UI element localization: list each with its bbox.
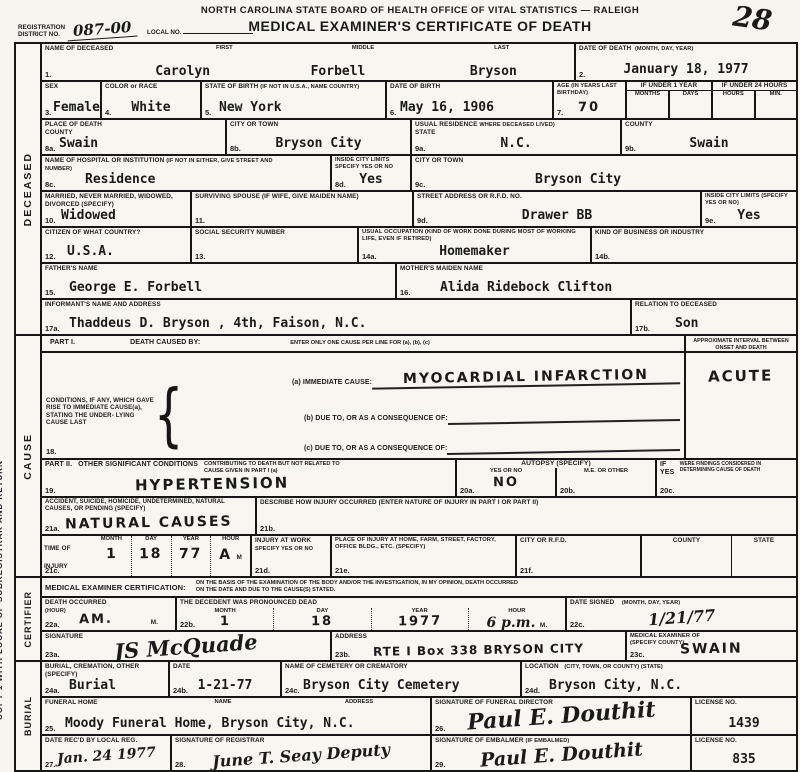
toi-year: YEAR77 — [171, 536, 211, 576]
field-injury-city: CITY OR R.F.D. 21f. — [517, 536, 642, 576]
field-burial-type: BURIAL, CREMATION, OTHER (SPECIFY) Buria… — [42, 662, 170, 696]
local-no-label: LOCAL NO. — [147, 29, 182, 36]
field-number: 1. — [45, 70, 51, 79]
field-funeral-home: FUNERAL HOME NAME ADDRESS Moody Funeral … — [42, 698, 432, 734]
field-manner-of-death: ACCIDENT, SUICIDE, HOMICIDE, UNDETERMINE… — [42, 498, 257, 534]
section-deceased: DECEASED — [16, 44, 40, 336]
field-relation-to-deceased: RELATION TO DECEASED Son 17b. — [632, 300, 796, 334]
part1-label: PART I. — [50, 339, 75, 347]
field-cemetery-name: NAME OF CEMETERY OR CREMATORY Bryson Cit… — [282, 662, 522, 696]
due-to-c-value — [447, 449, 680, 455]
due-to-b-value — [448, 419, 680, 425]
due-to-c-line: (c) DUE TO, OR AS A CONSEQUENCE OF: — [304, 445, 680, 453]
brace-glyph: { — [154, 380, 183, 449]
field-place-of-death-city: CITY OR TOWN Bryson City 8b. — [227, 120, 412, 154]
field-injury-at-work: INJURY AT WORKSPECIFY YES OR NO 21d. — [252, 536, 332, 576]
pronounced-hour: HOUR6 p.m. M. — [468, 608, 565, 630]
part2-other-conditions: PART II. OTHER SIGNIFICANT CONDITIONS CO… — [42, 460, 457, 496]
under1yr-months: MONTHS — [627, 91, 668, 118]
reg-district-value: 087-00 — [66, 19, 137, 41]
registrar-signature-value: June T. Seay Deputy — [211, 739, 390, 770]
field-place-of-injury: PLACE OF INJURY AT HOME, FARM, STREET, F… — [332, 536, 517, 576]
field-marital-status: MARRIED, NEVER MARRIED, WIDOWED, DIVORCE… — [42, 192, 192, 226]
field-street-address: STREET ADDRESS OR R.F.D. NO. Drawer BB 9… — [414, 192, 702, 226]
pronounced-day: DAY18 — [273, 608, 370, 630]
field-how-injury-occurred: DESCRIBE HOW INJURY OCCURRED (ENTER NATU… — [257, 498, 796, 534]
section-certifier: CERTIFIER — [16, 578, 40, 662]
field-funeral-director-signature: SIGNATURE OF FUNERAL DIRECTOR Paul E. Do… — [432, 698, 692, 734]
manner-value: NATURAL CAUSES — [65, 514, 233, 533]
field-value: January 18, 1977 — [623, 62, 748, 77]
date-received-value: Jan. 24 1977 — [56, 745, 156, 768]
field-color-or-race: COLOR or RACE White 4. — [102, 82, 202, 118]
certificate-number-handwritten: 28 — [731, 0, 774, 38]
field-residence-state: USUAL RESIDENCE WHERE DECEASED LIVED)STA… — [412, 120, 622, 154]
field-name-of-deceased: NAME OF DECEASED FIRST MIDDLE LAST Carol… — [42, 44, 576, 80]
autopsy-me-or-other: M.E. OR OTHER 20b. — [555, 468, 655, 496]
field-social-security-number: SOCIAL SECURITY NUMBER 13. — [192, 228, 359, 262]
field-me-signature: SIGNATURE JS McQuade 23a. — [42, 632, 332, 660]
field-residence-city: CITY OR TOWN Bryson City 9c. — [412, 156, 796, 190]
field-medical-examiner-of: MEDICAL EXAMINER OF(SPECIFY COUNTY) SWAI… — [627, 632, 796, 660]
date-signed-value: 1/21/77 — [647, 606, 716, 630]
field-sex: SEX Female 3. — [42, 82, 102, 118]
field-director-license: LICENSE NO. 1439 — [692, 698, 796, 734]
name-first: Carolyn — [105, 64, 260, 79]
immediate-cause-line: (a) IMMEDIATE CAUSE: MYOCARDIAL INFARCTI… — [292, 369, 680, 387]
field-place-of-death-county: PLACE OF DEATHCOUNTY Swain 8a. — [42, 120, 227, 154]
field-time-of-injury: TIME OF INJURY 21c. MONTH1 DAY18 YEAR77 … — [42, 536, 252, 576]
field-date-of-birth: DATE OF BIRTH May 16, 1906 6. — [387, 82, 554, 118]
name-middle: Forbell — [260, 64, 415, 79]
field-res-inside-city-limits: INSIDE CITY LIMITS (SPECIFY YES OR NO) Y… — [702, 192, 796, 226]
toi-hour: HOURA M — [210, 536, 250, 576]
interval-value: ACUTE — [708, 366, 774, 385]
field-me-address: ADDRESS RTE I Box 338 BRYSON CITY 23b. — [332, 632, 627, 660]
field-embalmer-signature: SIGNATURE OF EMBALMER (IF EMBALMED) Paul… — [432, 736, 692, 770]
field-injury-county: COUNTY — [642, 536, 732, 576]
me-signature-value: JS McQuade — [113, 632, 258, 660]
field-date-of-death: DATE OF DEATH (MONTH, DAY, YEAR) January… — [576, 44, 796, 80]
me-address-value: RTE I Box 338 BRYSON CITY — [373, 641, 584, 659]
certification-statement: MEDICAL EXAMINER CERTIFICATION: ON THE B… — [42, 578, 796, 596]
field-mothers-maiden-name: MOTHER'S MAIDEN NAME Alida Ridebock Clif… — [397, 264, 796, 298]
certificate-form: DECEASED CAUSE CERTIFIER BURIAL NAME OF … — [14, 42, 798, 772]
field-hospital-or-institution: NAME OF HOSPITAL OR INSTITUTION (IF NOT … — [42, 156, 332, 190]
field-if-under-24-hours: IF UNDER 24 HOURS HOURS MIN. — [713, 82, 796, 118]
name-last: Bryson — [416, 64, 571, 79]
under24h-min: MIN. — [754, 91, 797, 118]
part1-cause-of-death: PART I. DEATH CAUSED BY: ENTER ONLY ONE … — [42, 336, 686, 458]
me-county-value: SWAIN — [680, 640, 743, 657]
field-registrar-signature: SIGNATURE OF REGISTRAR June T. Seay Depu… — [172, 736, 432, 770]
registration-district-block: REGISTRATION DISTRICT NO. 087-00 LOCAL N… — [18, 21, 253, 39]
field-surviving-spouse: SURVIVING SPOUSE (IF WIFE, GIVE MAIDEN N… — [192, 192, 414, 226]
autopsy-yes-or-no: YES OR NO NO 20a. — [457, 468, 555, 496]
under24h-hours: HOURS — [713, 91, 754, 118]
field-citizen-of: CITIZEN OF WHAT COUNTRY? U.S.A. 12. — [42, 228, 192, 262]
field-usual-occupation: USUAL OCCUPATION (KIND OF WORK DONE DURI… — [359, 228, 592, 262]
section-label-strip: DECEASED CAUSE CERTIFIER BURIAL — [16, 44, 42, 770]
field-informant: INFORMANT'S NAME AND ADDRESS Thaddeus D.… — [42, 300, 632, 334]
left-margin-note: COPY 1 WITH LOCAL OF SUBREGISTRAR AND RE… — [0, 60, 9, 720]
field-date-signed: DATE SIGNED (MONTH, DAY, YEAR) 1/21/77 2… — [567, 598, 796, 630]
local-no-blank — [183, 25, 253, 34]
section-cause: CAUSE — [16, 336, 40, 578]
pronounced-year: YEAR1977 — [371, 608, 468, 630]
section-burial: BURIAL — [16, 662, 40, 770]
interval-column: APPROXIMATE INTERVAL BETWEEN ONSET AND D… — [686, 336, 796, 458]
field-fathers-name: FATHER'S NAME George E. Forbell 15. — [42, 264, 397, 298]
due-to-b-line: (b) DUE TO, OR AS A CONSEQUENCE OF: — [304, 415, 680, 423]
embalmer-signature-value: Paul E. Douthit — [479, 738, 643, 770]
agency-title: NORTH CAROLINA STATE BOARD OF HEALTH OFF… — [180, 5, 660, 16]
field-cemetery-location: LOCATION (CITY, TOWN, OR COUNTY) (STATE)… — [522, 662, 796, 696]
field-embalmer-license: LICENSE NO. 835 — [692, 736, 796, 770]
field-burial-date: DATE 1-21-77 24b. — [170, 662, 282, 696]
field-autopsy: AUTOPSY (SPECIFY) YES OR NO NO 20a. M.E.… — [457, 460, 657, 496]
field-pod-inside-city-limits: INSIDE CITY LIMITS SPECIFY YES OR NO Yes… — [332, 156, 412, 190]
toi-month: MONTH1 — [92, 536, 131, 576]
conditions-label: CONDITIONS, IF ANY, WHICH GAVE RISE TO I… — [46, 397, 154, 427]
under1yr-days: DAYS — [668, 91, 711, 118]
field-death-occurred-hour: DEATH OCCURRED(HOUR) AM. M. 22a. — [42, 598, 177, 630]
death-certificate-document: COPY 1 WITH LOCAL OF SUBREGISTRAR AND RE… — [0, 0, 800, 772]
field-age: AGE (IN YEARS LAST BIRTHDAY) 70 7. — [554, 82, 627, 118]
toi-day: DAY18 — [131, 536, 171, 576]
field-if-yes-findings: IF YES WERE FINDINGS CONSIDERED IN DETER… — [657, 460, 796, 496]
field-state-of-birth: STATE OF BIRTH (IF NOT IN U.S.A., NAME C… — [202, 82, 387, 118]
funeral-director-signature-value: Paul E. Douthit — [466, 698, 656, 734]
field-kind-of-business: KIND OF BUSINESS OR INDUSTRY 14b. — [592, 228, 796, 262]
other-conditions-value: HYPERTENSION — [135, 474, 290, 495]
field-pronounced-dead: THE DECEDENT WAS PRONOUNCED DEAD MONTH1 … — [177, 598, 567, 630]
immediate-cause-value: MYOCARDIAL INFARCTION — [372, 366, 680, 389]
field-if-under-1-year: IF UNDER 1 YEAR MONTHS DAYS — [627, 82, 713, 118]
field-injury-state: STATE — [732, 536, 796, 576]
field-date-received: DATE REC'D BY LOCAL REG. Jan. 24 1977 27… — [42, 736, 172, 770]
field-residence-county: COUNTY Swain 9b. — [622, 120, 796, 154]
field-label: NAME OF DECEASED — [45, 45, 155, 53]
